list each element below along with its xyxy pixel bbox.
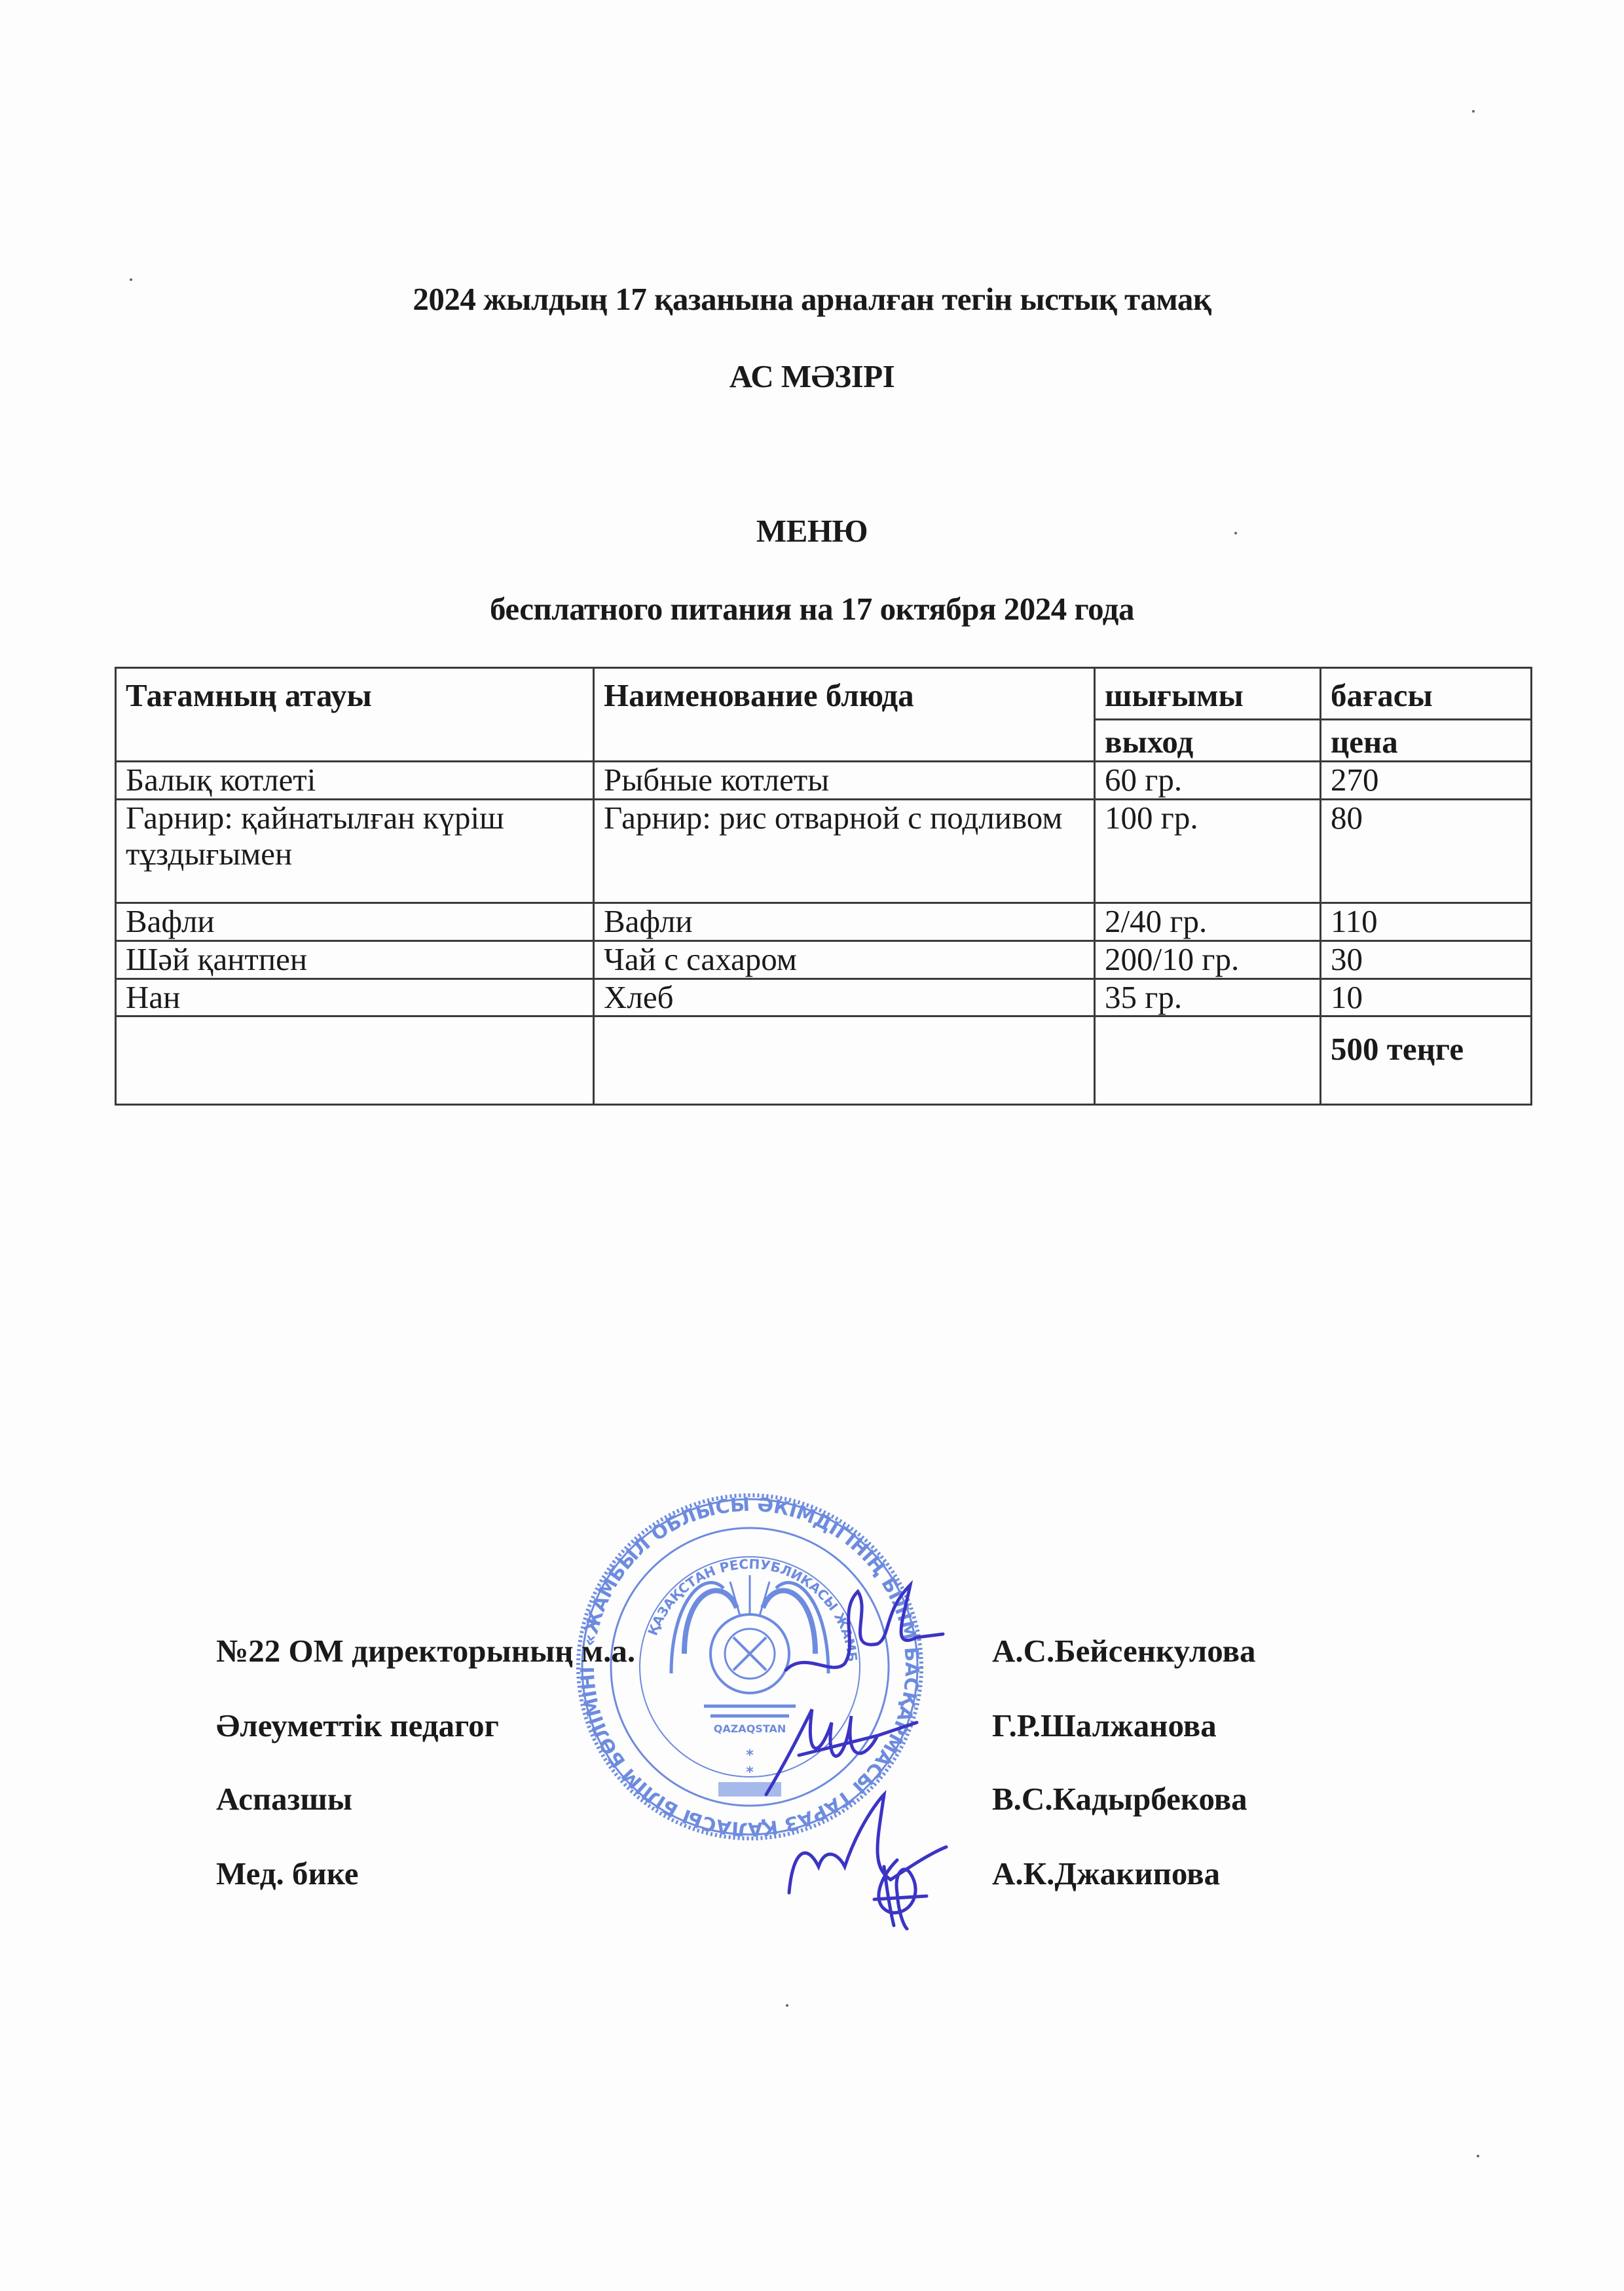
- dish-price: 270: [1321, 761, 1532, 799]
- svg-text:*: *: [746, 1747, 754, 1764]
- dish-price: 30: [1321, 941, 1532, 978]
- dish-name-kz: Балық котлеті: [116, 761, 594, 799]
- table-row: Нан Хлеб 35 гр. 10: [116, 978, 1532, 1016]
- nurse-signature-icon: [864, 1853, 936, 1932]
- dish-name-ru: Чай с сахаром: [594, 941, 1095, 978]
- dish-price: 110: [1321, 903, 1532, 941]
- dish-name-ru: Гарнир: рис отварной с подливом: [594, 799, 1095, 903]
- table-row: Гарнир: қайнатылған күріш тұздығымен Гар…: [116, 799, 1532, 903]
- dish-yield: 100 гр.: [1095, 799, 1321, 903]
- header-yield-ru: выход: [1095, 720, 1321, 762]
- scan-speck: [1472, 110, 1475, 113]
- header-price-ru: цена: [1321, 720, 1532, 762]
- dish-name-ru: Рыбные котлеты: [594, 761, 1095, 799]
- dish-name-kz: Вафли: [116, 903, 594, 941]
- signature-name-cook: В.С.Кадырбекова: [992, 1783, 1247, 1815]
- title-russian: МЕНЮ: [0, 515, 1624, 547]
- total-price: 500 теңге: [1321, 1016, 1532, 1105]
- dish-price: 10: [1321, 978, 1532, 1016]
- table-row: Вафли Вафли 2/40 гр. 110: [116, 903, 1532, 941]
- signature-role-social-pedagogue: Әлеуметтік педагог: [216, 1709, 499, 1742]
- signature-role-director: №22 ОМ директорының м.а.: [216, 1635, 635, 1667]
- subtitle-russian: бесплатного питания на 17 октября 2024 г…: [0, 593, 1624, 625]
- header-yield-kz: шығымы: [1095, 668, 1321, 720]
- table-header-row: Тағамның атауы Наименование блюда шығымы…: [116, 668, 1532, 720]
- header-price-kz: бағасы: [1321, 668, 1532, 720]
- dish-name-kz: Нан: [116, 978, 594, 1016]
- director-signature-icon: [779, 1572, 950, 1696]
- empty-cell: [1095, 1016, 1321, 1105]
- dish-yield: 2/40 гр.: [1095, 903, 1321, 941]
- scan-speck: [786, 2004, 788, 2007]
- dish-yield: 200/10 гр.: [1095, 941, 1321, 978]
- dish-name-ru: Вафли: [594, 903, 1095, 941]
- scan-speck: [130, 278, 132, 281]
- scan-speck: [1234, 532, 1237, 534]
- menu-table: Тағамның атауы Наименование блюда шығымы…: [115, 667, 1532, 1106]
- title-kazakh: 2024 жылдың 17 қазанына арналған тегін ы…: [0, 283, 1624, 315]
- signature-name-director: А.С.Бейсенкулова: [992, 1635, 1256, 1667]
- table-row: Балық котлеті Рыбные котлеты 60 гр. 270: [116, 761, 1532, 799]
- table-total-row: 500 теңге: [116, 1016, 1532, 1105]
- header-dish-name-kz: Тағамның атауы: [116, 668, 594, 762]
- signature-name-social-pedagogue: Г.Р.Шалжанова: [992, 1709, 1217, 1742]
- subtitle-kazakh: АС МӘЗІРІ: [0, 360, 1624, 392]
- dish-price: 80: [1321, 799, 1532, 903]
- signature-role-nurse: Мед. бике: [216, 1857, 359, 1890]
- signature-name-nurse: А.К.Джакипова: [992, 1857, 1220, 1890]
- table-row: Шәй қантпен Чай с сахаром 200/10 гр. 30: [116, 941, 1532, 978]
- empty-cell: [116, 1016, 594, 1105]
- dish-yield: 35 гр.: [1095, 978, 1321, 1016]
- dish-name-kz: Шәй қантпен: [116, 941, 594, 978]
- dish-name-ru: Хлеб: [594, 978, 1095, 1016]
- empty-cell: [594, 1016, 1095, 1105]
- dish-name-kz: Гарнир: қайнатылған күріш тұздығымен: [116, 799, 594, 903]
- svg-text:*: *: [746, 1764, 754, 1781]
- scan-speck: [1477, 2155, 1479, 2157]
- signature-role-cook: Аспазшы: [216, 1783, 352, 1815]
- header-dish-name-ru: Наименование блюда: [594, 668, 1095, 762]
- dish-yield: 60 гр.: [1095, 761, 1321, 799]
